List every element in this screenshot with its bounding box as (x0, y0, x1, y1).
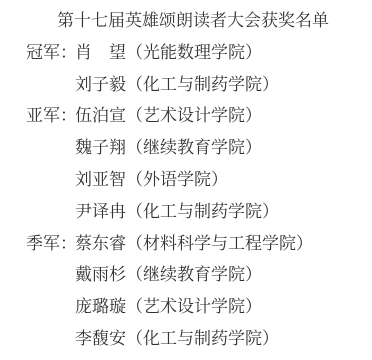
winner-name: 李馥安 (75, 324, 126, 356)
rank-label: 冠军： (26, 38, 75, 70)
winner-name: 刘子毅 (75, 70, 126, 102)
winner-name: 庞璐璇 (75, 292, 126, 324)
winner-name: 尹译冉 (75, 197, 126, 229)
winner-college: （化工与制药学院） (126, 70, 279, 102)
award-row: 季军：蔡东睿（材料科学与工程学院） (0, 229, 372, 261)
winner-college: （光能数理学院） (126, 38, 262, 70)
rank-label: 季军： (26, 229, 75, 261)
award-list-document: 第十七届英雄颂朗读者大会获奖名单 冠军：肖 望（光能数理学院） 刘子毅（化工与制… (0, 0, 372, 360)
award-row: 尹译冉（化工与制药学院） (0, 197, 372, 229)
award-row: 冠军：肖 望（光能数理学院） (0, 38, 372, 70)
award-row: 庞璐璇（艺术设计学院） (0, 292, 372, 324)
winner-name: 肖 望 (75, 38, 126, 70)
winner-name: 伍泊宣 (75, 101, 126, 133)
winner-college: （艺术设计学院） (126, 101, 262, 133)
winner-name: 刘亚智 (75, 165, 126, 197)
winner-name: 戴雨杉 (75, 260, 126, 292)
award-row: 刘亚智（外语学院） (0, 165, 372, 197)
winner-college: （继续教育学院） (126, 260, 262, 292)
winner-college: （化工与制药学院） (126, 324, 279, 356)
winner-name: 蔡东睿 (75, 229, 126, 261)
award-row: 李馥安（化工与制药学院） (0, 324, 372, 356)
award-row: 魏子翔（继续教育学院） (0, 133, 372, 165)
winner-college: （材料科学与工程学院） (126, 229, 313, 261)
winner-college: （艺术设计学院） (126, 292, 262, 324)
award-row: 刘子毅（化工与制药学院） (0, 70, 372, 102)
winner-name: 魏子翔 (75, 133, 126, 165)
winner-college: （化工与制药学院） (126, 197, 279, 229)
award-row: 戴雨杉（继续教育学院） (0, 260, 372, 292)
document-title: 第十七届英雄颂朗读者大会获奖名单 (0, 6, 372, 38)
award-row: 亚军：伍泊宣（艺术设计学院） (0, 101, 372, 133)
winner-college: （继续教育学院） (126, 133, 262, 165)
rank-label: 亚军： (26, 101, 75, 133)
winner-college: （外语学院） (126, 165, 228, 197)
